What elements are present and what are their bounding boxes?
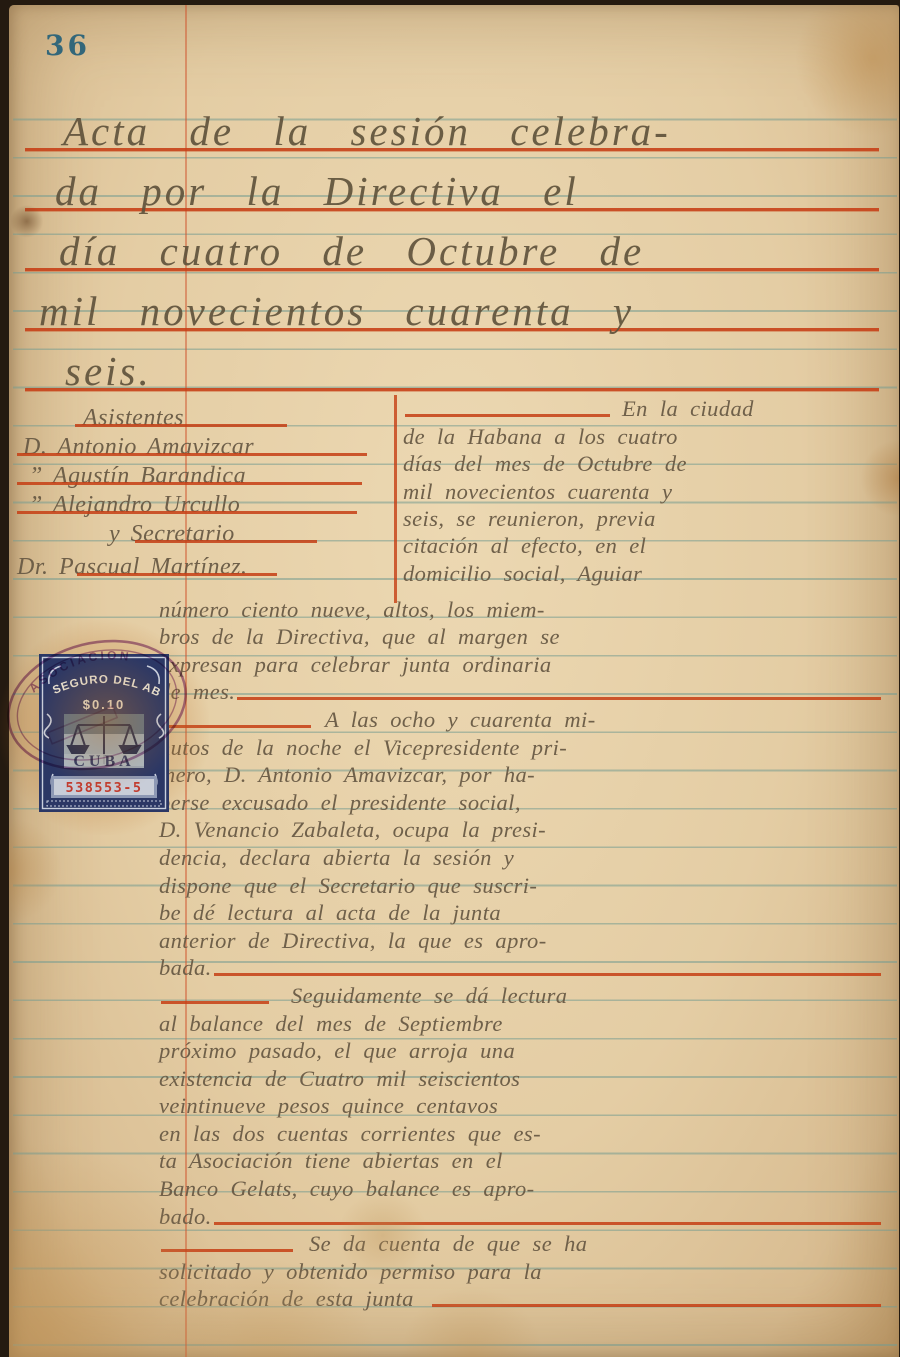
title-line: da por la Directiva el [25,151,879,211]
body-text: domicilio social, Aguiar [403,561,642,587]
body-text: Banco Gelats, cuyo balance es apro- [159,1176,535,1202]
body-line: expresan para celebrar junta ordinaria [159,650,887,678]
attendee-row: D. Antonio Amavizcar [17,427,389,456]
body-line: citación al efecto, en el [403,532,900,559]
body-text: Se da cuenta de que se ha [309,1231,587,1257]
title-line: seis. [25,331,879,391]
opening-paragraph-column: En la ciudad de la Habana a los cuatro d… [403,395,900,587]
title-block: Acta de la sesión celebra- da por la Dir… [25,91,879,391]
body-line: al balance del mes de Septiembre [159,1009,887,1037]
body-line: berse excusado el presidente social, [159,788,887,816]
body-line: bros de la Directiva, que al margen se [159,623,887,651]
body-text: bado. [159,1204,212,1230]
body-line: de la Habana a los cuatro [403,422,900,449]
ink-rule [214,973,881,976]
body-line: dencia, declara abierta la sesión y [159,843,887,871]
paper-sheet: 36 Acta de la sesión celebra- da por la … [9,5,899,1357]
body-text: expresan para celebrar junta ordinaria [159,652,552,678]
body-line: bada. [159,954,887,982]
body-line: Banco Gelats, cuyo balance es apro- [159,1174,887,1202]
ink-rule [161,1249,293,1252]
ink-rule [77,573,277,576]
body-text: al balance del mes de Septiembre [159,1011,503,1037]
body-line: D. Venancio Zabaleta, ocupa la presi- [159,816,887,844]
body-text: mil novecientos cuarenta y [403,479,672,505]
title-text: seis. [65,347,152,395]
body-text: número ciento nueve, altos, los miem- [159,597,545,623]
body-text: próximo pasado, el que arroja una [159,1038,515,1064]
title-text: día cuatro de Octubre de [59,227,644,275]
body-block: número ciento nueve, altos, los miem- br… [159,595,887,1312]
body-line: solicitado y obtenido permiso para la [159,1257,887,1285]
body-line: be dé lectura al acta de la junta [159,899,887,927]
body-line: seis, se reunieron, previa [403,505,900,532]
body-text: ta Asociación tiene abiertas en el [159,1148,503,1174]
margin-note-divider [394,395,397,603]
body-text: días del mes de Octubre de [403,451,687,477]
body-text: D. Venancio Zabaleta, ocupa la presi- [159,817,546,843]
body-line: En la ciudad [403,395,900,422]
body-line: de mes. [159,678,887,706]
body-text: en las dos cuentas corrientes que es- [159,1121,541,1147]
attendee-row: ” Alejandro Urcullo [17,485,389,514]
body-line: anterior de Directiva, la que es apro- [159,926,887,954]
title-line: Acta de la sesión celebra- [25,91,879,151]
body-text: mero, D. Antonio Amavizcar, por ha- [159,762,535,788]
attendees-margin-note: Asistentes D. Antonio Amavizcar ” Agustí… [17,398,389,576]
body-line: domicilio social, Aguiar [403,559,900,586]
overprint-text: ASOCIACION [22,640,138,697]
body-line: Seguidamente se dá lectura [159,981,887,1009]
attendees-heading-row: Asistentes [17,398,389,427]
body-text: be dé lectura al acta de la junta [159,900,501,926]
attendee-row: ” Agustín Barandica [17,456,389,485]
body-text: de la Habana a los cuatro [403,424,678,450]
body-text: A las ocho y cuarenta mi- [325,707,596,733]
body-line: próximo pasado, el que arroja una [159,1037,887,1065]
body-line: bado. [159,1202,887,1230]
page-number: 36 [45,29,90,62]
body-line: en las dos cuentas corrientes que es- [159,1119,887,1147]
title-text: mil novecientos cuarenta y [39,287,634,335]
body-text: dencia, declara abierta la sesión y [159,845,514,871]
body-text: veintinueve pesos quince centavos [159,1093,498,1119]
title-line: mil novecientos cuarenta y [25,271,879,331]
body-line: A las ocho y cuarenta mi- [159,705,887,733]
title-text: Acta de la sesión celebra- [63,107,671,155]
body-line: mero, D. Antonio Amavizcar, por ha- [159,761,887,789]
body-line: ta Asociación tiene abiertas en el [159,1147,887,1175]
body-text: seis, se reunieron, previa [403,506,656,532]
title-text: da por la Directiva el [55,167,579,215]
body-text: nutos de la noche el Vicepresidente pri- [159,735,567,761]
body-text: citación al efecto, en el [403,533,646,559]
ink-rule [237,697,881,700]
ink-rule [161,1001,269,1004]
attendee-name: Dr. Pascual Martínez. [17,554,248,581]
body-line: número ciento nueve, altos, los miem- [159,595,887,623]
body-text: En la ciudad [622,396,754,422]
ink-rule [214,1222,881,1225]
body-text: anterior de Directiva, la que es apro- [159,928,547,954]
body-line: celebración de esta junta [159,1285,887,1313]
ink-rule [405,414,610,417]
body-line: dispone que el Secretario que suscri- [159,871,887,899]
body-text: Seguidamente se dá lectura [291,983,567,1009]
attendee-row: Dr. Pascual Martínez. [17,543,389,576]
body-line: mil novecientos cuarenta y [403,477,900,504]
body-text: solicitado y obtenido permiso para la [159,1259,542,1285]
body-text: bros de la Directiva, que al margen se [159,624,560,650]
body-line: existencia de Cuatro mil seiscientos [159,1064,887,1092]
attendee-row: y Secretario [17,514,389,543]
scanned-ledger-page: 36 Acta de la sesión celebra- da por la … [0,0,900,1357]
body-line: Se da cuenta de que se ha [159,1230,887,1258]
body-text: existencia de Cuatro mil seiscientos [159,1066,520,1092]
body-line: veintinueve pesos quince centavos [159,1092,887,1120]
svg-text:ASOCIACION: ASOCIACION [22,640,138,697]
body-text: celebración de esta junta [159,1286,414,1312]
body-text: berse excusado el presidente social, [159,790,521,816]
ink-rule [432,1304,881,1307]
title-line: día cuatro de Octubre de [25,211,879,271]
body-line: nutos de la noche el Vicepresidente pri- [159,733,887,761]
overprint-oval: ASOCIACION [0,617,205,797]
body-text: bada. [159,955,212,981]
body-text: dispone que el Secretario que suscri- [159,873,537,899]
body-line: días del mes de Octubre de [403,450,900,477]
